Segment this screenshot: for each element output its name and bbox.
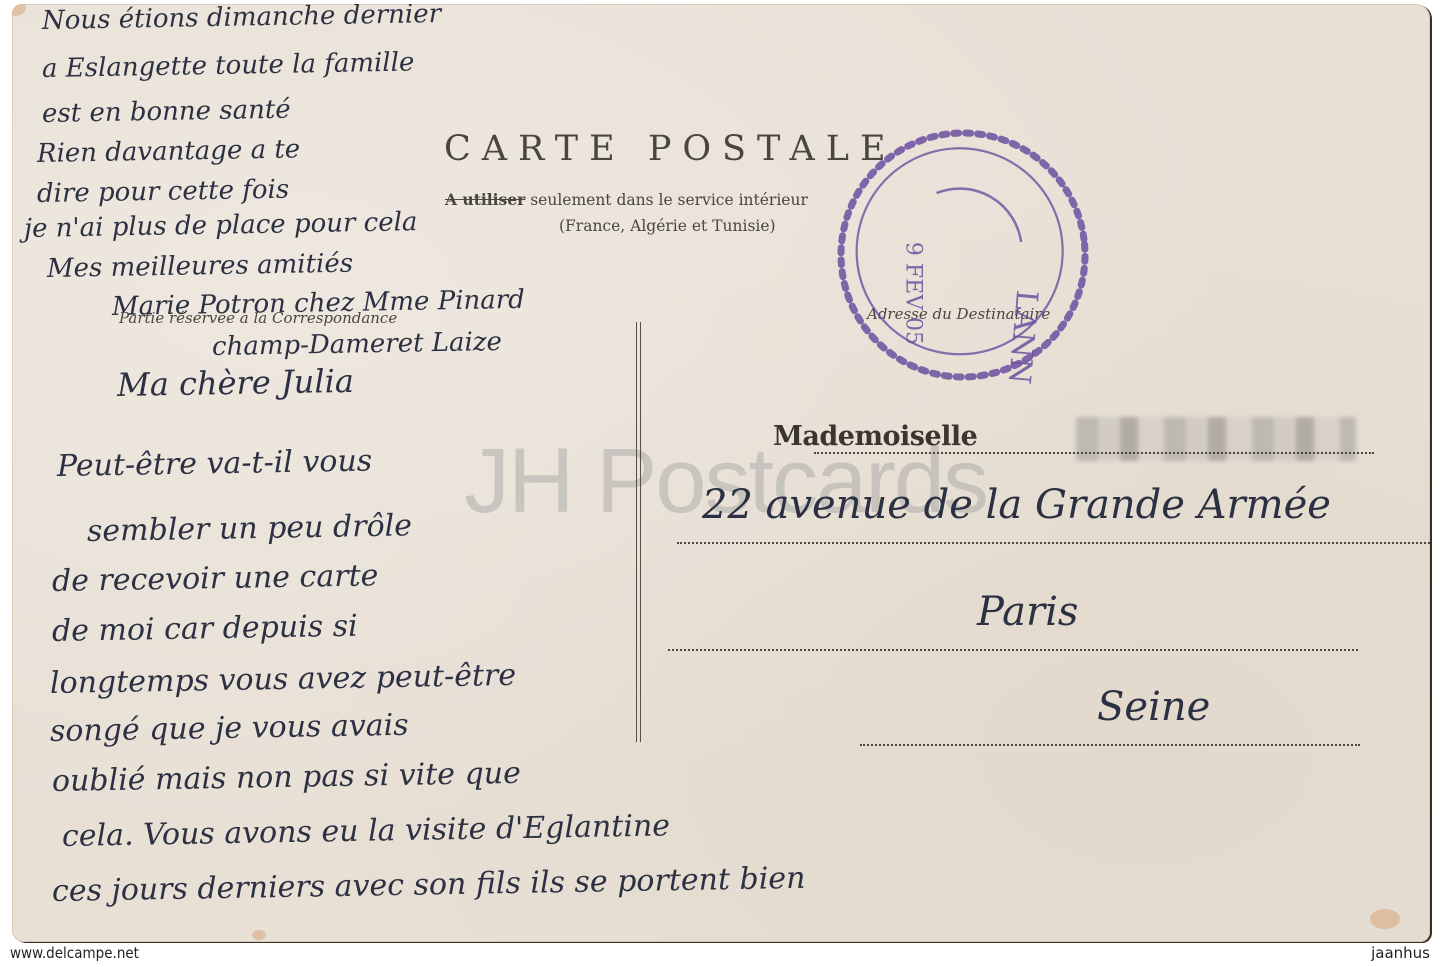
address-line-2 xyxy=(677,542,1430,544)
message-line: Peut-être va-t-il vous xyxy=(57,444,373,484)
message-line: cela. Vous avons eu la visite d'Eglantin… xyxy=(62,808,671,854)
message-line: Nous étions dimanche dernier xyxy=(42,4,442,36)
postmark-date: 9 FEV 05 xyxy=(901,242,926,345)
address-line-1 xyxy=(814,452,1374,454)
redacted-name xyxy=(1076,417,1356,461)
salutation-text: Mademoiselle xyxy=(773,421,977,452)
vertical-divider xyxy=(636,322,641,742)
address-region: Seine xyxy=(1097,684,1210,730)
address-line-4 xyxy=(860,744,1360,746)
message-line: ces jours derniers avec son fils ils se … xyxy=(52,861,806,909)
message-line: songé que je vous avais xyxy=(50,708,409,749)
message-line: a Eslangette toute la famille xyxy=(42,48,415,84)
message-line: oublié mais non pas si vite que xyxy=(52,756,521,799)
corner-stain xyxy=(12,4,26,16)
usage-struck: A utiliser xyxy=(445,190,525,209)
postmark-stamp: LANN 9 FEV 05 xyxy=(821,108,1106,402)
usage-note: A utiliser seulement dans le service int… xyxy=(445,190,808,209)
message-line: je n'ai plus de place pour cela xyxy=(24,207,418,244)
message-line: Marie Potron chez Mme Pinard xyxy=(112,285,525,322)
message-line: est en bonne santé xyxy=(42,95,291,129)
address-salutation: Mademoiselle xyxy=(773,421,977,452)
message-line: champ-Dameret Laize xyxy=(212,327,502,362)
address-street: 22 avenue de la Grande Armée xyxy=(702,482,1331,528)
postcard: JH Postcards CARTE POSTALE A utiliser se… xyxy=(12,4,1430,942)
corner-stain xyxy=(1370,909,1400,929)
message-line: Mes meilleures amitiés xyxy=(47,249,354,284)
edge-stain xyxy=(252,930,266,940)
message-line: sembler un peu drôle xyxy=(87,508,413,549)
message-line: Rien davantage a te xyxy=(37,134,301,169)
message-line: de moi car depuis si xyxy=(52,609,358,649)
regions-note: (France, Algérie et Tunisie) xyxy=(559,217,776,235)
address-line-3 xyxy=(668,649,1358,651)
message-line: de recevoir une carte xyxy=(52,558,379,599)
message-line: Ma chère Julia xyxy=(117,362,355,404)
usage-text: seulement dans le service intérieur xyxy=(530,191,808,209)
seller-credit: jaanhus xyxy=(1371,944,1430,962)
message-line: dire pour cette fois xyxy=(37,175,290,209)
message-line: longtemps vous avez peut-être xyxy=(50,658,517,701)
postmark-town: LANN xyxy=(1001,289,1044,386)
address-city: Paris xyxy=(977,589,1078,635)
source-credit: www.delcampe.net xyxy=(10,944,139,962)
